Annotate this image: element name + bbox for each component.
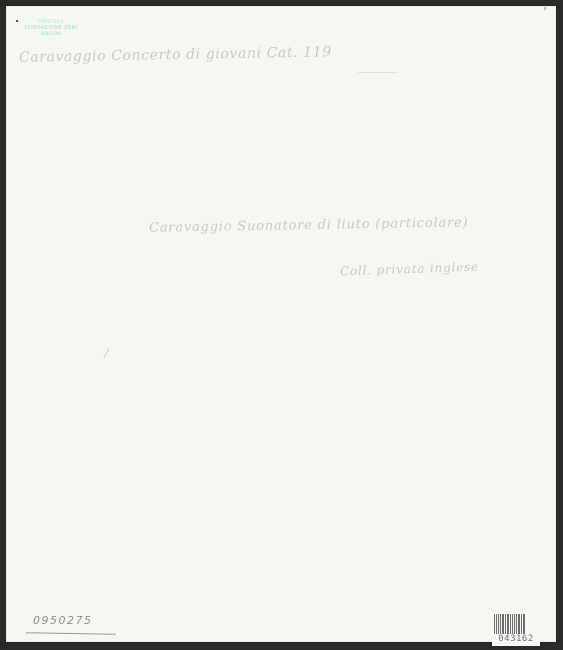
pencil-line [358, 72, 398, 73]
handwritten-collection: Coll. privata inglese [340, 260, 479, 279]
pencil-mark [104, 348, 110, 357]
barcode-icon [494, 614, 538, 634]
stamp-line-3: BOLOGNA [16, 31, 86, 37]
handwritten-caption-top: Caravaggio Concerto di giovani Cat. 119 [19, 44, 332, 65]
photo-verso-sheet: FOTOTECA FONDAZIONE ZERI BOLOGNA Caravag… [6, 6, 556, 642]
barcode-label: 043162 [492, 612, 540, 646]
inventory-number: 0950275 [33, 614, 93, 627]
archive-stamp: FOTOTECA FONDAZIONE ZERI BOLOGNA [16, 19, 86, 37]
handwritten-title: Caravaggio Suonatore di liuto (particola… [149, 215, 469, 236]
inventory-underline [26, 632, 116, 635]
barcode-number: 043162 [492, 634, 540, 644]
corner-mark [544, 7, 546, 10]
scan-frame: FOTOTECA FONDAZIONE ZERI BOLOGNA Caravag… [0, 0, 563, 650]
barcode-bar [525, 614, 526, 634]
